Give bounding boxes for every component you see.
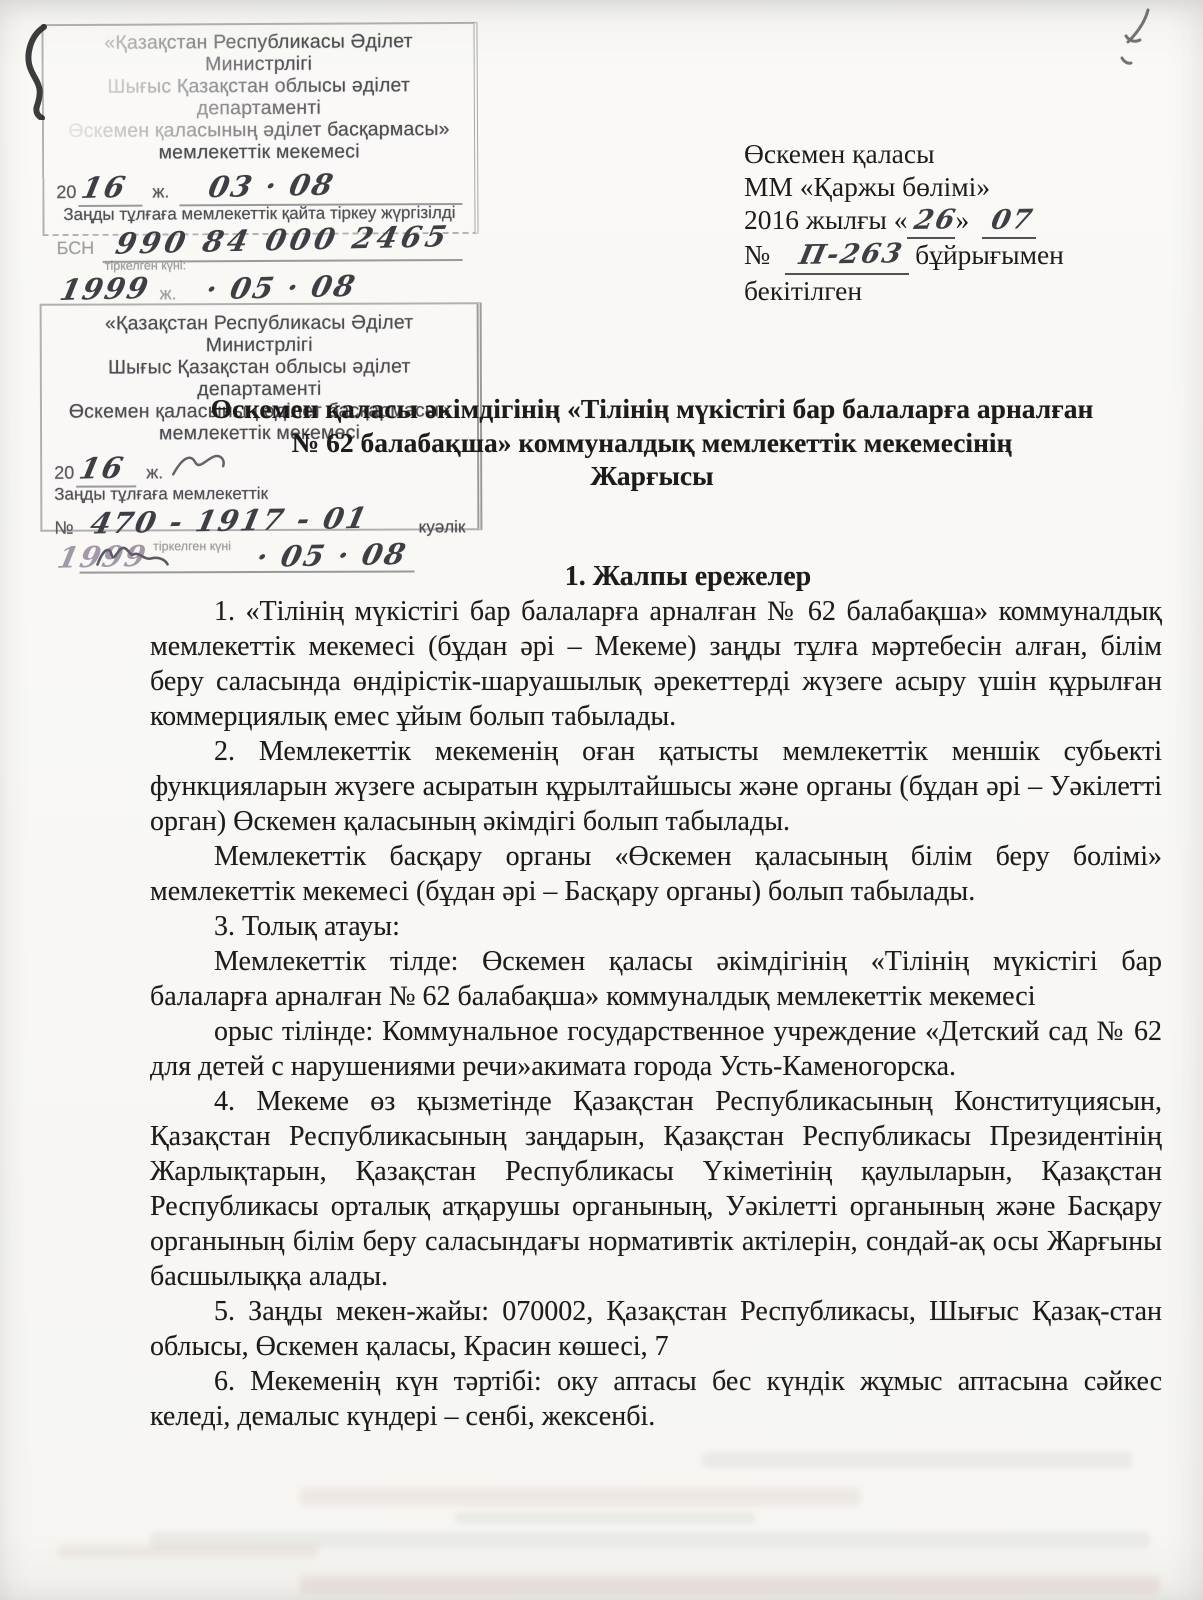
stamp-org-line: «Қазақстан Республикасы Әділет Министрлі… — [54, 311, 465, 356]
stamp-number-row: № 470 - 1917 - 01 куәлік — [54, 505, 465, 536]
scanned-document-page: «Қазақстан Республикасы Әділет Министрлі… — [0, 0, 1203, 1600]
approval-block: Өскемен қаласы ММ «Қаржы бөлімі» 2016 жы… — [744, 138, 1104, 308]
bleed-through-artifact — [300, 1576, 1160, 1594]
body-paragraph: 2. Мемлекеттік мекеменің оған қатысты ме… — [150, 734, 1162, 839]
body-paragraph: 4. Мекеме өз қызметінде Қазақстан Респуб… — [150, 1084, 1162, 1294]
title-line-3: Жарғысы — [150, 459, 1154, 493]
body-paragraph: орыс тілінде: Коммунальное государственн… — [150, 1014, 1162, 1084]
stamp-regdate-label: тіркелген күні — [153, 540, 231, 553]
stamp-org-line: «Қазақстан Республикасы Әділет Министрлі… — [55, 30, 461, 76]
bleed-through-artifact — [455, 1512, 755, 1524]
body-paragraph: 6. Мекеменің күн тәртібі: оку аптасы бес… — [150, 1364, 1162, 1434]
approval-date-line: 2016 жылғы «26» 07 — [744, 204, 1104, 240]
handwritten-bin: 990 84 000 2465 — [112, 219, 453, 261]
approval-order-line: № П-263бұйрығымен — [744, 239, 1104, 275]
approval-order-no-label: № — [744, 239, 770, 270]
handwritten-cert-number: 470 - 1917 - 01 — [88, 501, 372, 541]
handwritten-reg-year: 1999 — [55, 539, 151, 575]
handwritten-day: 26 — [911, 204, 960, 238]
section-heading: 1. Жалпы ережелер — [150, 559, 1162, 594]
approval-org: ММ «Қаржы бөлімі» — [744, 171, 1104, 204]
body-paragraph: 1. «Тілінің мүкістігі бар балаларға арна… — [150, 594, 1162, 734]
stamp-bin-label: БСН — [57, 238, 95, 259]
body-paragraph: Мемлекеттік тілде: Өскемен қаласы әкімді… — [150, 944, 1162, 1014]
stamp-no-label: № — [54, 518, 73, 539]
handwritten-reg-date: · 05 · 08 — [203, 269, 360, 306]
handwritten-month: 07 — [988, 204, 1037, 238]
approval-date-prefix: 2016 жылғы « — [744, 204, 907, 235]
stamp-bin-row: БСН 990 84 000 2465 — [57, 225, 463, 257]
stamp-cert-word: куәлік — [419, 517, 466, 537]
bleed-through-artifact — [702, 1452, 1132, 1468]
bleed-through-artifact — [58, 1545, 318, 1558]
stamp-year-prefix: 20 — [56, 182, 76, 203]
body-paragraph: 3. Толық атауы: — [150, 909, 1162, 944]
stamp-year-row: 20 16 ж. 03 · 08 — [56, 169, 462, 201]
handwritten-date: 03 · 08 — [205, 167, 338, 204]
justice-registration-stamp-1: «Қазақстан Республикасы Әділет Министрлі… — [41, 22, 478, 236]
bleed-through-artifact — [300, 1488, 860, 1506]
body-paragraph: 5. Заңды мекен-жайы: 070002, Қазақстан Р… — [150, 1294, 1162, 1364]
document-title: Өскемен қаласы әкімдігінің «Тілінің мүкі… — [150, 392, 1154, 493]
stamp-reg-zh: ж. — [160, 283, 177, 304]
ink-mark-top-right — [1112, 6, 1158, 76]
handwritten-reg-year: 1999 — [57, 271, 153, 307]
title-line-2: № 62 балабақша» коммуналдық мемлекеттік … — [150, 426, 1154, 460]
stamp-org-line: мемлекеттік мекемесі — [56, 140, 462, 164]
body-paragraph: Мемлекеттік басқару органы «Өскемен қала… — [150, 839, 1162, 909]
stamp-year-zh: ж. — [152, 181, 169, 202]
handwritten-year: 16 — [78, 170, 130, 205]
approval-city: Өскемен қаласы — [744, 138, 1104, 171]
title-line-1: Өскемен қаласы әкімдігінің «Тілінің мүкі… — [150, 392, 1154, 426]
document-body: 1. Жалпы ережелер 1. «Тілінің мүкістігі … — [150, 559, 1162, 1434]
stamp-year-prefix: 20 — [54, 463, 74, 484]
handwritten-year: 16 — [76, 451, 128, 486]
stamp-org-line: Өскемен қаласының әділет басқармасы» — [56, 118, 462, 142]
handwritten-order-number: П-263 — [796, 239, 906, 274]
approval-approved-word: бекітілген — [744, 275, 1104, 308]
stamp-org-line: Шығыс Қазақстан облысы әділет департамен… — [56, 74, 462, 120]
approval-order-word: бұйрығымен — [915, 239, 1064, 270]
ink-mark-left — [22, 24, 52, 120]
stamp-regdate-row: 1999 ж. · 05 · 08 — [57, 271, 463, 301]
